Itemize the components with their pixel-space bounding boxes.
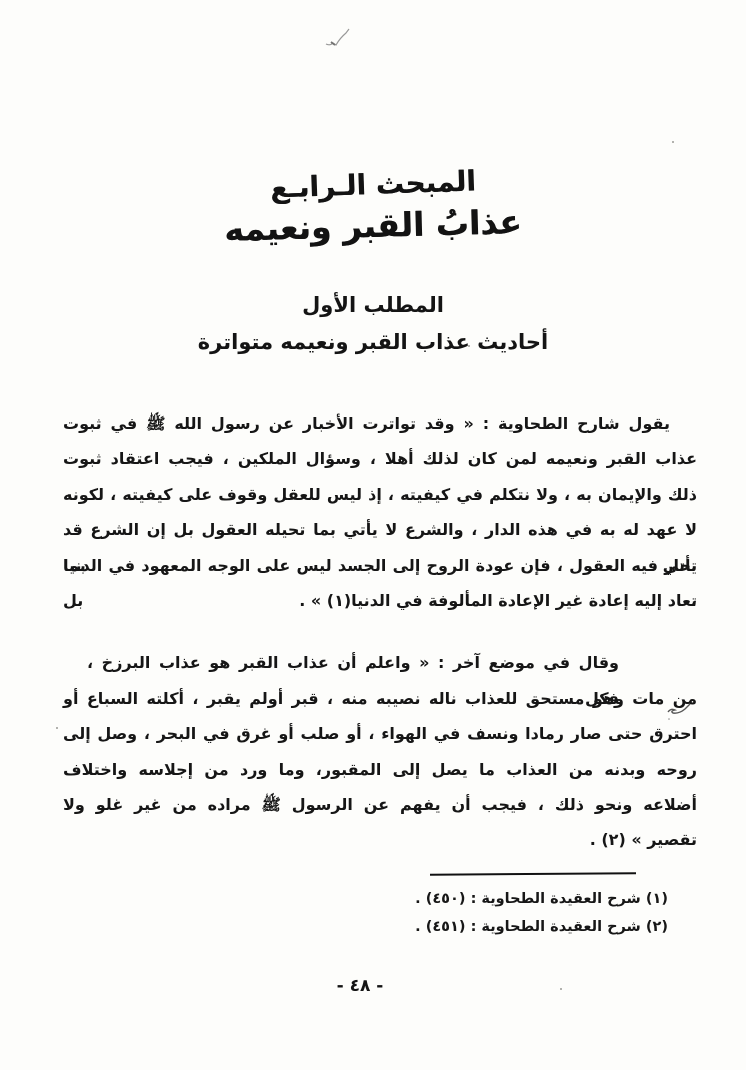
paragraph-2: وقال في موضع آخر : « واعلم أن عذاب القبر…	[63, 645, 697, 857]
footnotes: (١) شرح العقيدة الطحاوية : (٤٥٠) . (٢) ش…	[338, 886, 668, 941]
scan-speck	[468, 345, 470, 347]
paragraph-1-line-2: عذاب القبر ونعيمه لمن كان لذلك أهلا ، وس…	[63, 441, 697, 476]
paragraph-2-line-5: أضلاعه ونحو ذلك ، فيجب أن يفهم عن الرسول…	[63, 787, 697, 822]
page-number: - ٤٨ -	[0, 976, 720, 996]
footnote-separator-rule	[430, 872, 636, 875]
paragraph-2-line-4: روحه وبدنه من العذاب ما يصل إلى المقبور،…	[63, 752, 697, 787]
scan-speck	[56, 727, 58, 729]
paragraph-1-line-4: لا عهد له به في هذه الدار ، والشرع لا يأ…	[63, 512, 697, 547]
paragraph-1-line-5: تحار فيه العقول ، فإن عودة الروح إلى الج…	[63, 548, 697, 583]
chapter-title-calligraphy: المبحث الـرابـع عذابُ القبر ونعيمه	[0, 168, 746, 245]
paragraph-1: يقول شارح الطحاوية : « وقد تواترت الأخبا…	[63, 406, 697, 618]
paragraph-1-line-3: ذلك والإيمان به ، ولا نتكلم في كيفيته ، …	[63, 477, 697, 512]
paragraph-2-line-1: وقال في موضع آخر : « واعلم أن عذاب القبر…	[63, 645, 697, 680]
body-text: يقول شارح الطحاوية : « وقد تواترت الأخبا…	[63, 406, 697, 858]
footnote-2: (٢) شرح العقيدة الطحاوية : (٤٥١) .	[338, 914, 668, 942]
section-subtitle: أحاديث عذاب القبر ونعيمه متواترة	[0, 330, 746, 354]
scan-speck	[560, 988, 562, 990]
paragraph-2-line-3: احترق حتى صار رمادا ونسف في الهواء ، أو …	[63, 716, 697, 751]
paragraph-1-line-1: يقول شارح الطحاوية : « وقد تواترت الأخبا…	[63, 406, 697, 441]
ink-smudge-top	[322, 24, 358, 52]
scanned-book-page: المبحث الـرابـع عذابُ القبر ونعيمه المطل…	[0, 0, 746, 1070]
scan-speck	[672, 141, 674, 143]
paragraph-2-line-6: تقصير » (٢) .	[63, 822, 697, 857]
footnote-1: (١) شرح العقيدة الطحاوية : (٤٥٠) .	[338, 886, 668, 914]
paragraph-2-line-2: من مات وهو مستحق للعذاب ناله نصيبه منه ،…	[63, 681, 697, 716]
section-heading: المطلب الأول	[0, 293, 746, 317]
